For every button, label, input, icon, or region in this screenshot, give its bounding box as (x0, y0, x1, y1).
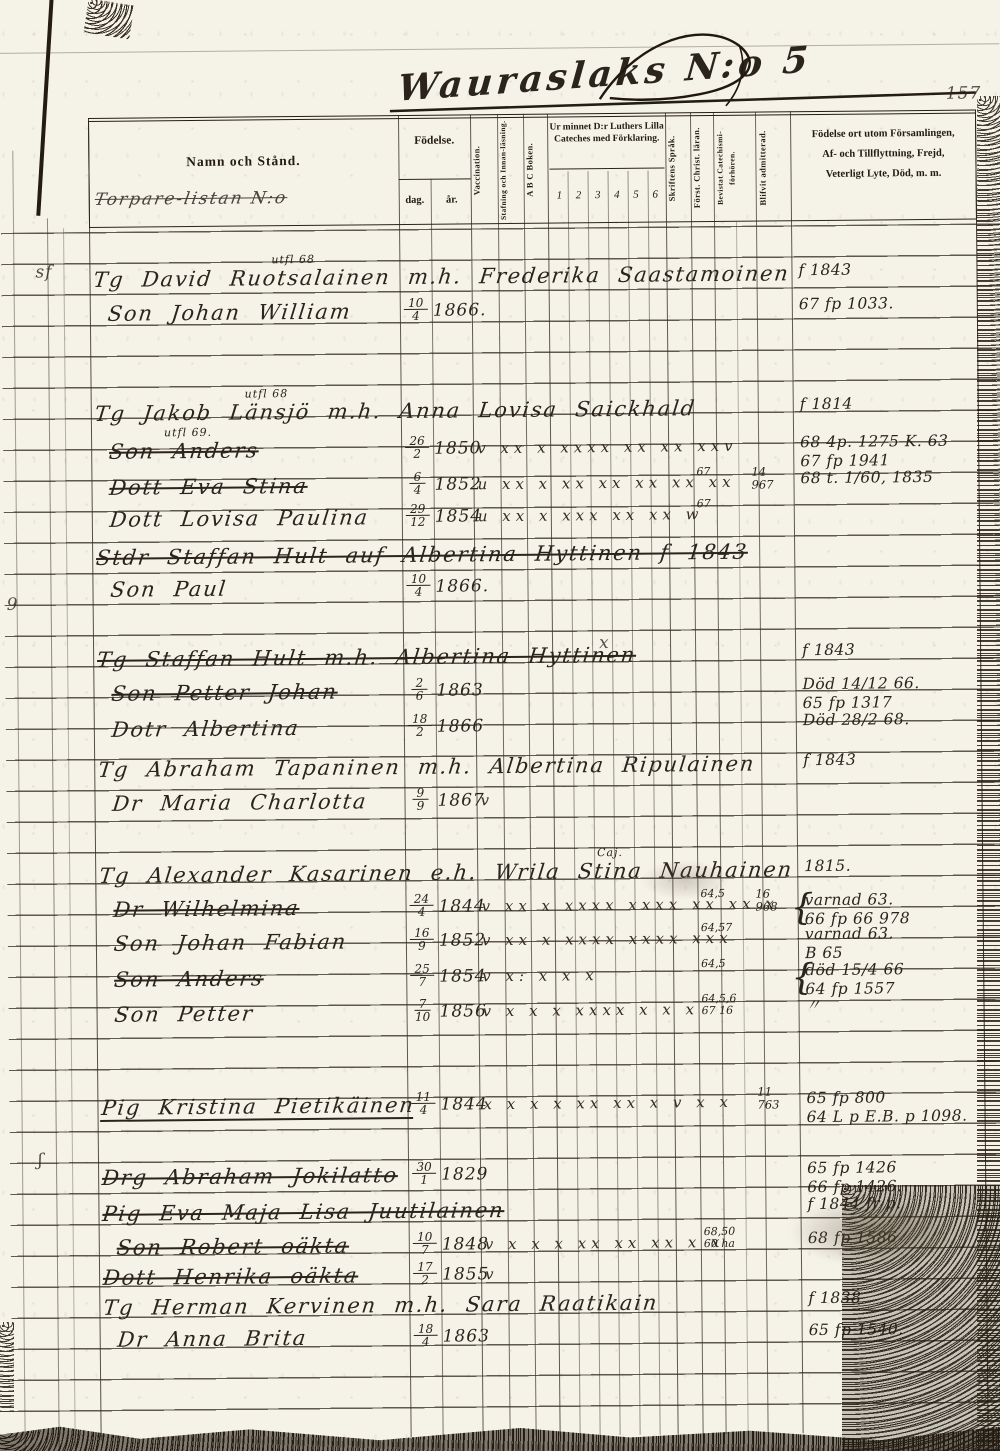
column-label-birth: Födelse. (398, 134, 470, 147)
birth-date-fraction: 257 (407, 962, 437, 988)
name-annotation: utfl 68 (271, 253, 315, 266)
birth-date-fraction: 244 (406, 892, 436, 918)
cateches-col-5: 5 (626, 171, 646, 221)
remarks-note: 〃 (805, 994, 1000, 1015)
person-name: Dott Lovisa Paulina (108, 505, 370, 532)
column-label-year: år. (433, 194, 471, 205)
admitted-value: 11 763 (757, 1085, 797, 1111)
birth-date-fraction: 104 (403, 572, 433, 598)
cateches-col-6: 6 (645, 170, 665, 220)
handwritten-header-note: Torpare-listan N:o (93, 188, 289, 210)
name-annotation: utfl 69. (164, 426, 212, 439)
lesson-marks: v x x x xx xx xx x x (485, 1233, 725, 1253)
lesson-marks: v xx x xxxx xxxx xxx (482, 929, 733, 949)
birth-date-fraction: 2912 (403, 502, 433, 528)
christ-doctrine-value: 67 (696, 466, 742, 478)
person-name: Dott Eva Stina (108, 474, 309, 500)
christ-doctrine-value: 67 (697, 498, 743, 510)
person-name: Tg Herman Kervinen m.h. Sara Raatikain (102, 1291, 660, 1320)
lesson-marks: v x x x xxxx x x x (482, 1000, 699, 1020)
margin-scribble: ʃ (38, 1150, 44, 1170)
person-name: Tg Staffan Hult m.h. Albertina Hyttinen (96, 643, 638, 672)
remarks-note: 68 t. 1/60, 1835 (800, 467, 996, 488)
birth-year: 1856 (439, 1001, 486, 1021)
remarks-note: 1815. (804, 855, 1000, 876)
remarks-note: f 1814 (800, 393, 996, 414)
cateches-col-4: 4 (607, 171, 627, 221)
lesson-marks: v x: x x x (482, 966, 599, 985)
birth-date-fraction: 169 (407, 926, 437, 952)
column-label-day: dag. (399, 195, 431, 206)
remarks-note: f 1843 (803, 749, 999, 770)
birth-year: 1854 (439, 966, 486, 986)
column-label-vaccination: Vaccination. (471, 118, 497, 222)
column-label-abc: A B C Boken. (524, 118, 547, 222)
register-page-content: Wauraslaks N:o 5 Namn och Stånd. Torpare… (0, 0, 1000, 1451)
birth-year: 1867 (437, 790, 484, 810)
lesson-marks: u xx x xxx xx xx w (478, 505, 704, 525)
margin-scribble: sf (35, 262, 52, 282)
person-name: Pig Kristina Pietikäinen (100, 1093, 416, 1122)
person-name: Tg Abraham Tapaninen m.h. Albertina Ripu… (97, 752, 757, 782)
remarks-note: f 1843 (802, 639, 998, 660)
birth-date-fraction: 182 (405, 712, 435, 738)
lesson-marks: x x x x xx xx x v x x (483, 1093, 733, 1113)
margin-scribble: x (599, 633, 610, 653)
birth-year: 1866. (435, 576, 489, 597)
person-name: Pig Eva Maja Lisa Juutilainen (101, 1198, 506, 1226)
remarks-note: 67 fp 1033. (799, 293, 995, 314)
remarks-note: 65 fp 1540. (809, 1319, 1000, 1340)
birth-year: 1866. (433, 300, 487, 321)
birth-year: 1829 (441, 1164, 488, 1184)
birth-year: 1850 (434, 438, 481, 458)
column-label-name: Namn och Stånd. (90, 152, 396, 171)
person-name: Son Petter (113, 1001, 255, 1026)
birth-date-fraction: 262 (402, 434, 432, 460)
birth-year: 1863 (436, 680, 483, 700)
birth-year: 1844 (438, 896, 485, 916)
christ-doctrine-value: 64,57 (701, 922, 747, 934)
birth-year: 1852 (439, 930, 486, 950)
person-name: Dr Wilhelmina (112, 896, 301, 922)
christ-doctrine-value: 64,5 (700, 888, 746, 900)
birth-year: 1852 (434, 474, 481, 494)
person-name: Son Johan Fabian (113, 930, 349, 956)
column-label-script-language: Skriftens Språk. (666, 116, 690, 220)
person-name: Dott Henrika oäkta (102, 1263, 360, 1289)
column-label-christ-doctrine: Först. Christ. läran. (691, 116, 713, 220)
remarks-note: död 15/4 66 64 fp 1557 (805, 959, 1000, 999)
remarks-note: Död 14/12 66. 65 fp 1317 (802, 673, 998, 713)
person-name: Son Robert oäkta (115, 1234, 350, 1260)
birth-date-fraction: 99 (405, 786, 435, 812)
remarks-note: 68 fp 1586 (808, 1227, 1000, 1248)
person-name: Son Anders (113, 966, 265, 991)
lesson-marks: v xx x xxxx xx xx xxv (477, 437, 738, 458)
remarks-note: f 1838 (808, 1287, 1000, 1308)
remarks-note: varnad 63. B 65 (805, 923, 1000, 963)
person-name: Tg Jakob Länsjö m.h. Anna Lovisa Saickha… (93, 396, 697, 426)
birth-date-fraction: 172 (410, 1260, 440, 1286)
lesson-marks: v (485, 1265, 499, 1283)
column-label-admitted: Blifvit admitterad. (757, 115, 789, 219)
person-name: Dr Maria Charlotta (111, 789, 369, 815)
birth-year: 1854 (435, 506, 482, 526)
birth-date-fraction: 104 (401, 296, 431, 322)
person-name: Stdr Staffan Hult auf Albertina Hyttinen… (95, 540, 750, 570)
remarks-note: Död 28/2 68. (803, 709, 999, 730)
birth-date-fraction: 114 (408, 1090, 438, 1116)
cateches-subcolumns: 1 2 3 4 5 6 (550, 170, 665, 221)
scanned-parish-register: { "page": { "title": "Wauraslaks N:o 5",… (0, 0, 1000, 1451)
birth-date-fraction: 107 (410, 1230, 440, 1256)
name-annotation: utfl 68 (245, 387, 289, 400)
person-name: Son Petter Johan (110, 680, 339, 706)
lesson-marks: v (480, 791, 494, 809)
person-name: Drg Abraham Jokilatto (101, 1163, 400, 1190)
birth-year: 1855 (442, 1264, 489, 1284)
margin-scribble: 9 (7, 595, 19, 615)
cateches-col-1: 1 (550, 171, 570, 221)
cateches-col-2: 2 (569, 171, 589, 221)
column-label-catechism-meetings: Bevistat Catechismi-förhören. (714, 116, 755, 220)
person-name: Dotr Albertina (110, 716, 301, 742)
christ-doctrine-value: 64,5,6 67 16 (701, 993, 747, 1017)
birth-date-fraction: 26 (404, 676, 434, 702)
name-annotation: Caj. (597, 846, 623, 859)
remarks-note: 68 4p. 1275 K. 63 67 fp 1941 (800, 431, 996, 471)
person-name: Son Paul (109, 577, 228, 602)
birth-year: 1866 (437, 716, 484, 736)
birth-date-fraction: 64 (402, 470, 432, 496)
column-label-reading: Stafning och Innan-läsning. (498, 118, 523, 222)
remarks-note: f 1844 fr p. (807, 1193, 1000, 1214)
column-label-cateches: Ur minnet D:r Luthers Lilla Cateches med… (549, 114, 665, 169)
person-name: Dr Anna Brita (116, 1326, 308, 1352)
christ-doctrine-value: 64,5 (701, 958, 747, 970)
remarks-note: 65 fp 1426 66 fp 1426. (807, 1157, 1000, 1197)
birth-date-fraction: 184 (411, 1322, 441, 1348)
birth-date-fraction: 710 (407, 997, 437, 1023)
christ-doctrine-value: 68,50 60 ha (704, 1226, 750, 1250)
margin-scribble: 157 (946, 83, 982, 103)
column-label-remarks: Födelse ort utom Församlingen, Af- och T… (792, 124, 975, 186)
birth-date-fraction: 301 (409, 1160, 439, 1186)
remarks-note: f 1843 (798, 259, 994, 280)
birth-year: 1844 (440, 1094, 487, 1114)
remarks-note: 65 fp 800 64 L p E.B. p 1098. (806, 1087, 1000, 1127)
person-name: Son Johan William (107, 299, 353, 325)
admitted-value: 14 967 (751, 465, 791, 491)
cateches-col-3: 3 (588, 171, 608, 221)
birth-year: 1863 (443, 1326, 490, 1346)
person-name: Son Anders (108, 438, 260, 463)
birth-year: 1848 (442, 1234, 489, 1254)
